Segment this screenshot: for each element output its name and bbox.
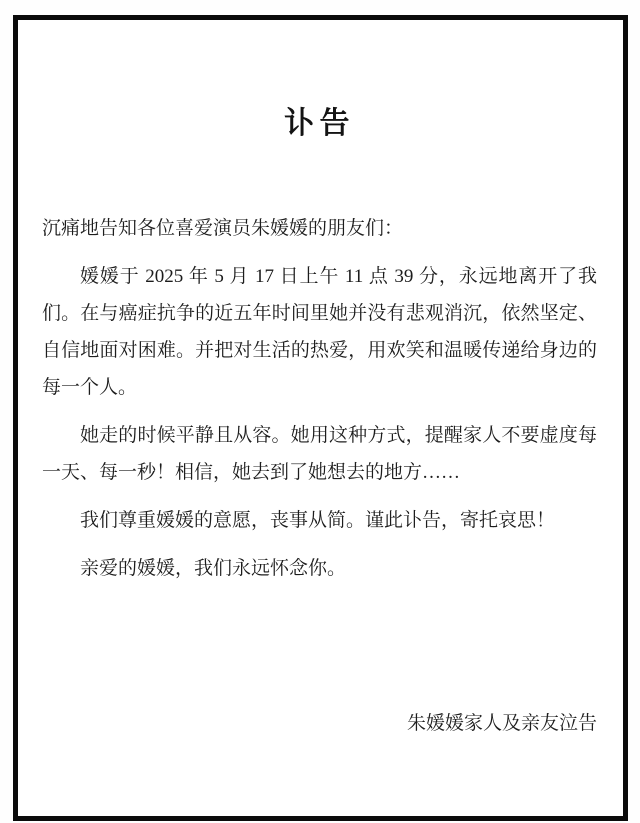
- obituary-paragraph: 我们尊重媛媛的意愿，丧事从简。谨此讣告，寄托哀思！: [42, 502, 597, 539]
- page-title: 讣告: [42, 98, 597, 142]
- obituary-paragraph: 媛媛于 2025 年 5 月 17 日上午 11 点 39 分，永远地离开了我们…: [42, 258, 597, 406]
- signature-line: 朱媛媛家人及亲友泣告: [42, 705, 597, 742]
- obituary-scan: 讣告 沉痛地告知各位喜爱演员朱媛媛的朋友们：媛媛于 2025 年 5 月 17 …: [0, 0, 640, 823]
- obituary-paragraph: 她走的时候平静且从容。她用这种方式，提醒家人不要虚度每一天、每一秒！相信，她去到…: [42, 417, 597, 491]
- obituary-frame: 讣告 沉痛地告知各位喜爱演员朱媛媛的朋友们：媛媛于 2025 年 5 月 17 …: [13, 15, 628, 821]
- obituary-body: 沉痛地告知各位喜爱演员朱媛媛的朋友们：媛媛于 2025 年 5 月 17 日上午…: [42, 210, 597, 587]
- obituary-paragraph: 沉痛地告知各位喜爱演员朱媛媛的朋友们：: [42, 210, 597, 247]
- obituary-paragraph: 亲爱的媛媛，我们永远怀念你。: [42, 550, 597, 587]
